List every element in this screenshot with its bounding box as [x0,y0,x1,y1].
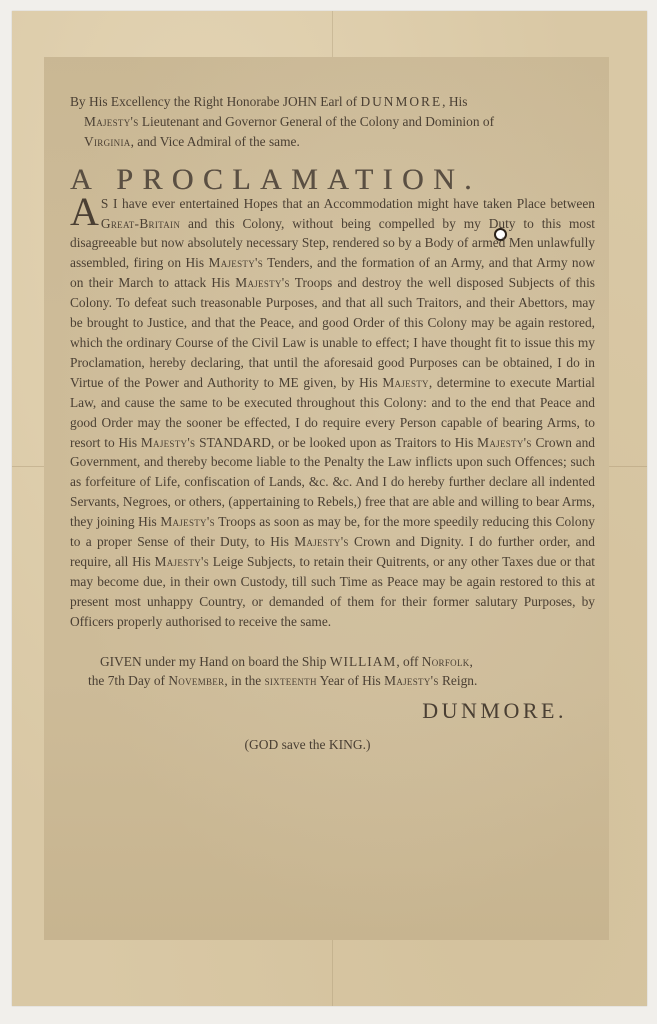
given-text: Majesty's [384,673,439,688]
given-text: GIVEN under my Hand on board the Ship [100,654,330,669]
small-caps-run: Majesty's [160,514,215,529]
given-text: , off [396,654,421,669]
heading-text: , and Vice Admiral of the same. [131,134,300,149]
proclamation-body: A S I have ever entertained Hopes that a… [70,194,595,632]
heading-text: e JOHN Earl of [273,94,360,109]
proclamation-heading: By His Excellency the Right Honorabe JOH… [70,92,595,152]
small-caps-run: Great-Britain [101,216,180,231]
drop-cap: A [70,196,99,228]
heading-text: Majesty's [84,114,139,129]
heading-text: , His [442,94,467,109]
signature: DUNMORE. [70,701,567,721]
text-run: STANDARD, or be looked upon as Traitors … [195,435,477,450]
small-caps-run: Majesty's [235,275,290,290]
text-run: Troops and destroy the well disposed Sub… [70,275,595,390]
given-text: Year of His [317,673,384,688]
given-statement: GIVEN under my Hand on board the Ship WI… [70,652,595,692]
given-text: Reign. [439,673,478,688]
heading-text: Virginia [84,134,131,149]
given-text: , in the [224,673,264,688]
text-run: S I have ever entertained Hopes that an … [101,196,595,211]
ship-name: WILLIAM [330,654,397,669]
month: November [168,673,224,688]
small-caps-run: Majesty [382,375,429,390]
given-text: the 7th Day of [88,673,168,688]
given-text: , [470,654,473,669]
heading-text: Lieutenant and Governor General of the C… [139,114,495,129]
place-name: Norfolk [422,654,470,669]
heading-line-2: Majesty's Lieutenant and Governor Genera… [76,112,595,132]
small-caps-run: Majesty's [208,255,263,270]
heading-line-3: Virginia, and Vice Admiral of the same. [76,132,595,152]
small-caps-run: Majesty's [477,435,532,450]
governor-name: DUNMORE [360,94,442,109]
small-caps-run: Majesty's [294,534,349,549]
heading-line-1: By His Excellency the Right Honorabe JOH… [76,92,595,112]
proclamation-text: By His Excellency the Right Honorabe JOH… [70,92,595,755]
given-line-2: the 7th Day of November, in the sixteent… [88,671,595,691]
given-line-1: GIVEN under my Hand on board the Ship WI… [100,652,595,672]
heading-text: By His Excellency the Right Honorab [70,94,273,109]
proclamation-title: A PROCLAMATION. [70,170,595,190]
regnal-year: sixteenth [265,673,317,688]
small-caps-run: Majesty's [155,554,210,569]
small-caps-run: Majesty's [141,435,196,450]
closing-line: (GOD save the KING.) [70,735,595,755]
